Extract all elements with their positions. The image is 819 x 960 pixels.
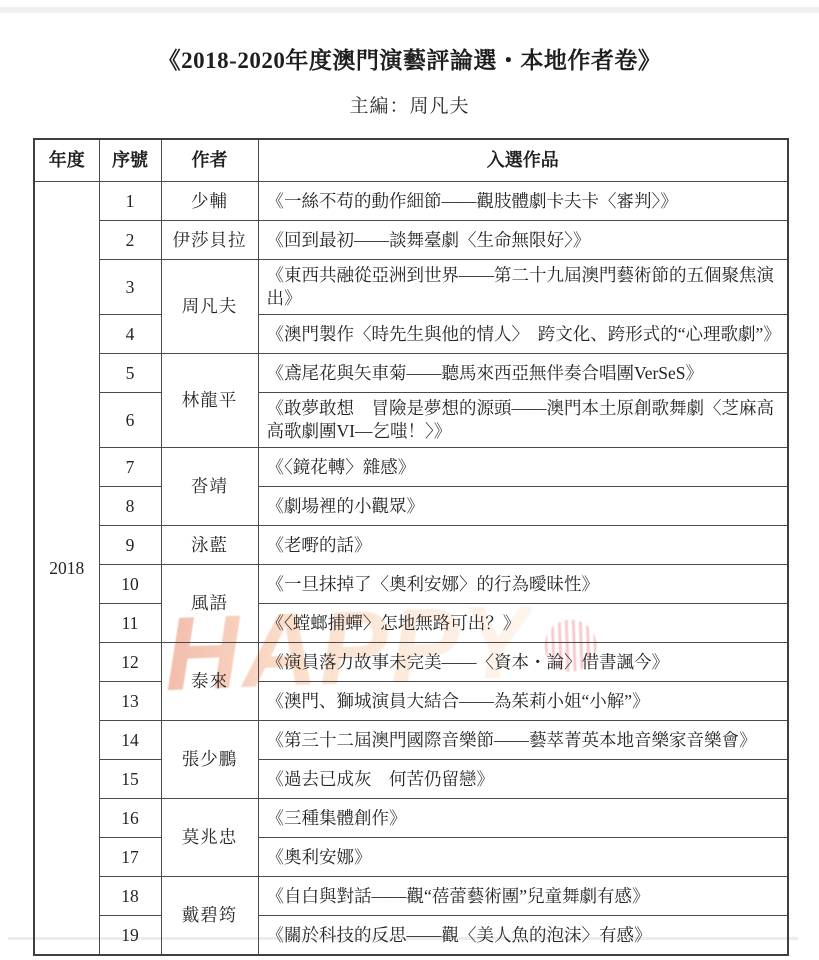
serial-cell: 10: [99, 565, 161, 604]
serial-cell: 2: [99, 221, 161, 260]
table-row: 13 《澳門、獅城演員大結合——為茱莉小姐“小解”》: [34, 682, 788, 721]
serial-cell: 9: [99, 526, 161, 565]
table-row: 5 林龍平 《鳶尾花與矢車菊——聽馬來西亞無伴奏合唱團VerSeS》: [34, 354, 788, 393]
table-row: 19 《關於科技的反思——觀〈美人魚的泡沫〉有感》: [34, 916, 788, 956]
selection-table: 年度 序號 作者 入選作品 2018 1 少輔 《一絲不苟的動作細節——觀肢體劇…: [33, 138, 789, 956]
work-cell: 《第三十二屆澳門國際音樂節——藝萃菁英本地音樂家音樂會》: [258, 721, 788, 760]
work-cell: 《自白與對話——觀“蓓蕾藝術團”兒童舞劇有感》: [258, 877, 788, 916]
serial-cell: 1: [99, 182, 161, 221]
table-row: 11 《〈螳螂捕蟬〉怎地無路可出？》: [34, 604, 788, 643]
serial-cell: 18: [99, 877, 161, 916]
page-title: 《2018-2020年度澳門演藝評論選・本地作者卷》: [0, 42, 819, 75]
serial-cell: 3: [99, 260, 161, 315]
author-cell: 泰來: [161, 643, 258, 721]
table-row: 7 沓靖 《〈鏡花轉〉雜感》: [34, 448, 788, 487]
author-cell: 伊莎貝拉: [161, 221, 258, 260]
table-row: 4 《澳門製作〈時先生與他的情人〉 跨文化、跨形式的“心理歌劇”》: [34, 315, 788, 354]
work-cell: 《演員落力故事未完美——〈資本・論〉借書諷今》: [258, 643, 788, 682]
serial-cell: 19: [99, 916, 161, 956]
table-row: 2 伊莎貝拉 《回到最初——談舞臺劇〈生命無限好〉》: [34, 221, 788, 260]
table-row: 15 《過去已成灰 何苦仍留戀》: [34, 760, 788, 799]
work-cell: 《一旦抹掉了〈奧利安娜〉的行為曖昧性》: [258, 565, 788, 604]
table-row: 10 風語 《一旦抹掉了〈奧利安娜〉的行為曖昧性》: [34, 565, 788, 604]
serial-cell: 4: [99, 315, 161, 354]
serial-cell: 11: [99, 604, 161, 643]
editor-line: 主編：周凡夫: [0, 91, 819, 118]
work-cell: 《一絲不苟的動作細節——觀肢體劇卡夫卡〈審判〉》: [258, 182, 788, 221]
table-row: 6 《敢夢敢想 冒險是夢想的源頭——澳門本土原創歌舞劇〈芝麻高高歌劇團VI—乞嗤…: [34, 393, 788, 448]
serial-cell: 13: [99, 682, 161, 721]
author-cell: 莫兆忠: [161, 799, 258, 877]
author-cell: 林龍平: [161, 354, 258, 448]
work-cell: 《回到最初——談舞臺劇〈生命無限好〉》: [258, 221, 788, 260]
author-cell: 張少鵬: [161, 721, 258, 799]
table-row: 9 泳藍 《老嘢的話》: [34, 526, 788, 565]
work-cell: 《〈鏡花轉〉雜感》: [258, 448, 788, 487]
header-year: 年度: [34, 139, 99, 182]
author-cell: 泳藍: [161, 526, 258, 565]
table-row: 14 張少鵬 《第三十二屆澳門國際音樂節——藝萃菁英本地音樂家音樂會》: [34, 721, 788, 760]
header-author: 作者: [161, 139, 258, 182]
table-row: 18 戴碧筠 《自白與對話——觀“蓓蕾藝術團”兒童舞劇有感》: [34, 877, 788, 916]
scan-artifact-top: [0, 7, 819, 13]
work-cell: 《敢夢敢想 冒險是夢想的源頭——澳門本土原創歌舞劇〈芝麻高高歌劇團VI—乞嗤！〉…: [258, 393, 788, 448]
table-row: 2018 1 少輔 《一絲不苟的動作細節——觀肢體劇卡夫卡〈審判〉》: [34, 182, 788, 221]
serial-cell: 5: [99, 354, 161, 393]
work-cell: 《奧利安娜》: [258, 838, 788, 877]
serial-cell: 6: [99, 393, 161, 448]
author-cell: 少輔: [161, 182, 258, 221]
table-row: 3 周凡夫 《東西共融從亞洲到世界——第二十九屆澳門藝術節的五個聚焦演出》: [34, 260, 788, 315]
table-row: 8 《劇場裡的小觀眾》: [34, 487, 788, 526]
author-cell: 周凡夫: [161, 260, 258, 354]
work-cell: 《澳門、獅城演員大結合——為茱莉小姐“小解”》: [258, 682, 788, 721]
header-row: 年度 序號 作者 入選作品: [34, 139, 788, 182]
serial-cell: 16: [99, 799, 161, 838]
serial-cell: 15: [99, 760, 161, 799]
author-cell: 戴碧筠: [161, 877, 258, 956]
serial-cell: 7: [99, 448, 161, 487]
work-cell: 《劇場裡的小觀眾》: [258, 487, 788, 526]
work-cell: 《〈螳螂捕蟬〉怎地無路可出？》: [258, 604, 788, 643]
serial-cell: 8: [99, 487, 161, 526]
work-cell: 《澳門製作〈時先生與他的情人〉 跨文化、跨形式的“心理歌劇”》: [258, 315, 788, 354]
header-work: 入選作品: [258, 139, 788, 182]
work-cell: 《鳶尾花與矢車菊——聽馬來西亞無伴奏合唱團VerSeS》: [258, 354, 788, 393]
serial-cell: 14: [99, 721, 161, 760]
serial-cell: 17: [99, 838, 161, 877]
work-cell: 《過去已成灰 何苦仍留戀》: [258, 760, 788, 799]
work-cell: 《關於科技的反思——觀〈美人魚的泡沫〉有感》: [258, 916, 788, 956]
author-cell: 風語: [161, 565, 258, 643]
work-cell: 《老嘢的話》: [258, 526, 788, 565]
header-no: 序號: [99, 139, 161, 182]
table-row: 16 莫兆忠 《三種集體創作》: [34, 799, 788, 838]
author-cell: 沓靖: [161, 448, 258, 526]
work-cell: 《三種集體創作》: [258, 799, 788, 838]
year-cell: 2018: [34, 182, 99, 956]
document-page: { "page": { "title": "《2018-2020年度澳門演藝評論…: [0, 0, 819, 960]
table-row: 17 《奧利安娜》: [34, 838, 788, 877]
table-row: 12 泰來 《演員落力故事未完美——〈資本・論〉借書諷今》: [34, 643, 788, 682]
serial-cell: 12: [99, 643, 161, 682]
work-cell: 《東西共融從亞洲到世界——第二十九屆澳門藝術節的五個聚焦演出》: [258, 260, 788, 315]
